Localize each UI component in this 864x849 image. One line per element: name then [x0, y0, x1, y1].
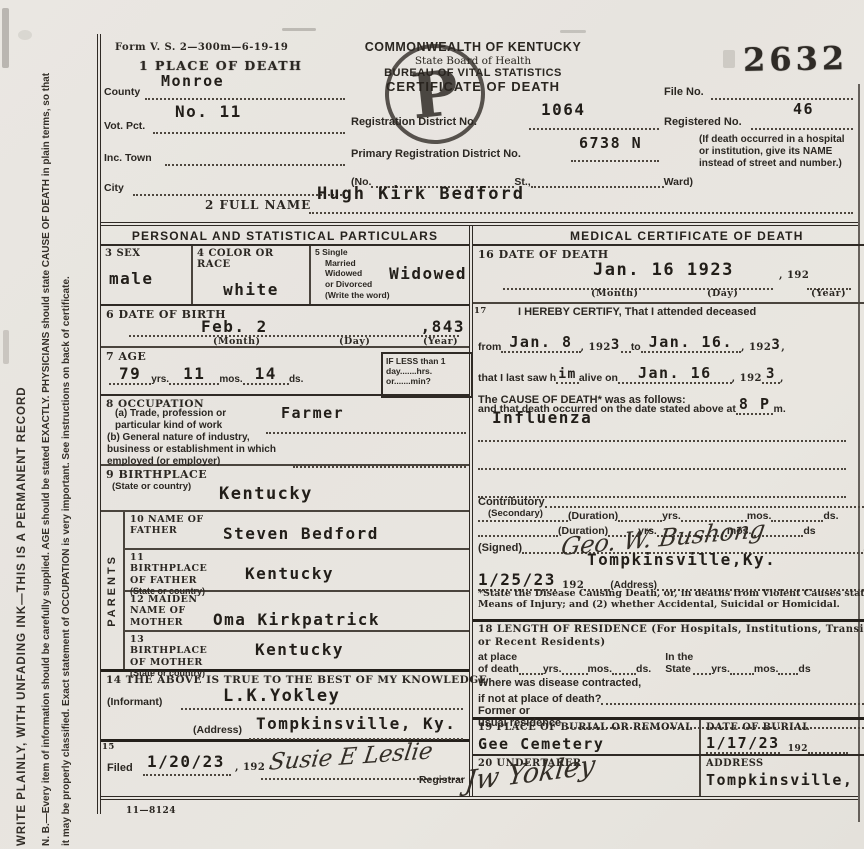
father-name-value: Steven Bedford [223, 524, 379, 543]
father-name-row: 10 NAME OF FATHER Steven Bedford [125, 512, 469, 550]
if-less-than-day-box: IF LESS than 1 day.......hrs. or.......m… [381, 352, 473, 398]
race-cell: 4 COLOR OR RACE white [193, 246, 311, 304]
scan-artifact [18, 30, 32, 40]
informant-heading: 14 THE ABOVE IS TRUE TO THE BEST OF MY K… [106, 674, 464, 686]
leader [612, 663, 636, 675]
age-mos-label: mos. [219, 374, 242, 385]
ds-label-2: ds [803, 525, 815, 537]
registration-district-label: Registration District No. [351, 116, 477, 128]
leader [730, 663, 754, 675]
particulars-columns: PERSONAL AND STATISTICAL PARTICULARS 3 S… [101, 222, 858, 800]
former-label: Former or [478, 705, 864, 717]
birthplace-row: 9 BIRTHPLACE (State or country) Kentucky [101, 466, 469, 512]
father-birthplace-label: 11 BIRTHPLACE OF FATHER [130, 552, 216, 586]
race-label: 4 COLOR OR RACE [197, 248, 305, 270]
race-value: white [197, 280, 305, 299]
mother-birthplace-value: Kentucky [255, 640, 344, 659]
him-value: im [558, 367, 577, 382]
mother-birthplace-row: 13 BIRTHPLACE OF MOTHER (State or countr… [125, 632, 469, 668]
hospital-note: (If death occurred in a hospital or inst… [699, 134, 857, 170]
last-saw-pre: that I last saw h [478, 372, 556, 384]
plate-number: 11—8124 [126, 806, 176, 816]
undertaker-address-cell: ADDRESS Tompkinsville, Ky. [701, 756, 864, 796]
vot-pct-value: No. 11 [175, 102, 242, 121]
state-label: State [665, 664, 693, 676]
saw-year-value: 3 [766, 366, 776, 382]
occupation-a-value: Farmer [281, 404, 344, 422]
contributory-label: Contributory [478, 496, 545, 508]
inc-town-label: Inc. Town [104, 152, 152, 164]
filed-label: Filed [107, 762, 133, 774]
dob-year-label: (Year) [423, 336, 458, 347]
marital-cell: 5 Single Married Widowed or Divorced (Wr… [311, 246, 469, 304]
occupation-a-label: (a) Trade, profession or particular kind… [115, 408, 265, 432]
burial-date-line: 1/17/23 192 [706, 734, 864, 754]
st-line [531, 176, 664, 188]
leader [621, 341, 631, 353]
leader [562, 663, 588, 675]
medical-column: MEDICAL CERTIFICATE OF DEATH 16 DATE OF … [473, 226, 864, 796]
burial-date-cell: DATE OF BURIAL 1/17/23 192 [701, 720, 864, 754]
leader [545, 496, 864, 508]
date-of-death-row: 16 DATE OF DEATH Jan. 16 1923 , 192 (Mon… [473, 246, 864, 304]
res-ds-2: ds [798, 663, 810, 675]
occupation-b-label: (b) General nature of industry, business… [107, 432, 292, 468]
res-mos-2: mos. [754, 663, 779, 675]
from-year-value: 3 [611, 337, 621, 353]
section-place-of-death: 1 PLACE OF DEATH [139, 58, 302, 73]
informant-label: (Informant) [107, 696, 162, 708]
signed-city-value: Tompkinsville,Ky. [587, 550, 776, 569]
county-line [145, 88, 345, 100]
marital-option-single: 5 Single [315, 247, 465, 258]
full-name-value: Hugh Kirk Bedford [317, 184, 525, 204]
alive-on-label: alive on [579, 372, 618, 384]
dod-value: Jan. 16 1923 [593, 260, 734, 280]
res-mos: mos. [588, 663, 613, 675]
secondary-label: (Secondary) [488, 508, 864, 519]
res-ds: ds. [636, 663, 651, 675]
parents-label-cell: PARENTS [101, 512, 125, 669]
form-number: Form V. S. 2—300m—6-19-19 [115, 42, 288, 53]
age-ds-label: ds. [289, 374, 303, 385]
registrar-label: Registrar [419, 774, 465, 786]
cause-line-1 [478, 430, 846, 442]
mother-name-row: 12 MAIDEN NAME OF MOTHER Oma Kirkpatrick [125, 592, 469, 632]
cause-footnote: *State the Disease Causing Death, or, in… [478, 588, 864, 611]
occupation-a-line [266, 422, 466, 434]
personal-title-row: PERSONAL AND STATISTICAL PARTICULARS [101, 226, 469, 246]
sex-cell: 3 SEX male [101, 246, 193, 304]
death-certificate-scan: WRITE PLAINLY, WITH UNFADING INK—THIS IS… [0, 0, 864, 849]
full-name-line [309, 202, 853, 214]
dod-day-label: (Day) [707, 288, 738, 299]
to-date-value: Jan. 16. [649, 333, 733, 351]
if-not-label: if not at place of death? [478, 693, 601, 705]
cause-label: The CAUSE OF DEATH* was as follows: [478, 394, 864, 406]
cause-line-2 [478, 458, 846, 470]
disease-contracted-label: Where was disease contracted, [478, 677, 864, 689]
in-the-state-stack: In the State [665, 652, 693, 675]
leader [693, 663, 711, 675]
scan-artifact [282, 28, 316, 31]
commonwealth-title: COMMONWEALTH OF KENTUCKY [353, 40, 593, 54]
vot-pct-label: Vot. Pct. [104, 120, 145, 132]
medical-title-row: MEDICAL CERTIFICATE OF DEATH [473, 226, 864, 246]
filed-date-line [143, 764, 231, 776]
father-birthplace-row: 11 BIRTHPLACE OF FATHER (State or countr… [125, 550, 469, 592]
certificate-form: Form V. S. 2—300m—6-19-19 1 PLACE OF DEA… [97, 34, 861, 814]
scan-artifact [723, 50, 735, 68]
dob-month-label: (Month) [213, 336, 261, 347]
age-years-value: 79 [109, 364, 151, 385]
file-no-line [711, 88, 853, 100]
certify-number: 17 [474, 306, 487, 316]
residence-block: 18 LENGTH OF RESIDENCE (For Hospitals, I… [473, 622, 864, 720]
sex-value: male [109, 269, 187, 288]
age-days-value: 14 [243, 364, 289, 385]
certificate-number: 2632 [743, 39, 849, 79]
primary-district-label: Primary Registration District No. [351, 148, 521, 160]
comma: , [780, 373, 784, 384]
margin-note-permanent-record: WRITE PLAINLY, WITH UNFADING INK—THIS IS… [16, 66, 28, 846]
age-values-line: 79 yrs. 11 mos. 14 ds. [109, 364, 371, 385]
cause-block: The CAUSE OF DEATH* was as follows: Infl… [473, 392, 864, 494]
personal-title: PERSONAL AND STATISTICAL PARTICULARS [106, 229, 464, 243]
primary-district-line [571, 150, 659, 162]
leader [808, 742, 848, 754]
burial-date-value: 1/17/23 [706, 734, 780, 754]
certify-from-to-line: from Jan. 8 , 192 3 to Jan. 16. , 192 3 … [478, 332, 864, 353]
last-saw-date-value: Jan. 16 [638, 364, 712, 382]
contributory-line: Contributory [478, 496, 864, 508]
comma: , [781, 342, 785, 353]
informant-line [181, 698, 463, 710]
dod-192-label: , 192 [779, 270, 809, 281]
from-date-value: Jan. 8 [509, 333, 572, 351]
marital-write-word-hint: (Write the word) [325, 290, 465, 301]
filed-row: 15 Filed 1/20/23 , 192 Susie E Leslie Re… [101, 742, 469, 796]
father-birthplace-value: Kentucky [245, 564, 334, 583]
registered-no-value: 46 [793, 100, 814, 118]
registered-no-line [751, 118, 853, 130]
to-192-label: , 192 [741, 342, 771, 353]
undertaker-signature: Jw Yokley [464, 750, 597, 798]
burial-row: 19 PLACE OF BURIAL OR REMOVAL Gee Cemete… [473, 720, 864, 756]
dob-day-label: (Day) [339, 336, 370, 347]
footnote-block: *State the Disease Causing Death, or, in… [473, 586, 864, 622]
certify-block: 17 I HEREBY CERTIFY, That I attended dec… [473, 304, 864, 392]
burial-place-label: 19 PLACE OF BURIAL OR REMOVAL [478, 722, 694, 733]
signed-label: (Signed) [478, 542, 522, 554]
age-row: 7 AGE 79 yrs. 11 mos. 14 ds. IF LESS tha… [101, 348, 469, 396]
burial-place-cell: 19 PLACE OF BURIAL OR REMOVAL Gee Cemete… [473, 720, 701, 754]
informant-section: 14 THE ABOVE IS TRUE TO THE BEST OF MY K… [101, 672, 469, 742]
registration-district-line [529, 118, 659, 130]
signed-block: Geo. W. Bushong (Signed) , M. D. Tompkin… [473, 540, 864, 586]
dob-line [129, 325, 459, 337]
parents-label: PARENTS [106, 554, 118, 627]
if-not-line: if not at place of death? [478, 693, 864, 705]
occupation-row: 8 OCCUPATION (a) Trade, profession or pa… [101, 396, 469, 466]
birthplace-value: Kentucky [219, 484, 313, 504]
medical-title: MEDICAL CERTIFICATE OF DEATH [478, 229, 864, 243]
birthplace-label: 9 BIRTHPLACE [106, 468, 464, 481]
mother-birthplace-label: 13 BIRTHPLACE OF MOTHER [130, 634, 216, 668]
undertaker-address-label: ADDRESS [706, 758, 864, 769]
to-year-value: 3 [771, 337, 781, 353]
dod-year-label: (Year) [811, 288, 846, 299]
leader [778, 663, 798, 675]
sex-race-marital-row: 3 SEX male 4 COLOR OR RACE white 5 Singl… [101, 246, 469, 306]
vot-pct-line [153, 122, 345, 134]
burial-192-label: 192 [788, 744, 808, 754]
city-line [133, 184, 345, 196]
scan-artifact [560, 30, 586, 33]
at-place-stack: at place of death [478, 652, 519, 675]
of-death-label: of death [478, 664, 519, 676]
certify-statement: I HEREBY CERTIFY, That I attended deceas… [518, 306, 864, 318]
res-yrs: yrs. [543, 663, 562, 675]
leader [519, 663, 543, 675]
dob-label: 6 DATE OF BIRTH [106, 308, 464, 321]
inc-town-line [165, 154, 345, 166]
res-yrs-2: yrs. [711, 663, 730, 675]
filed-number: 15 [102, 742, 115, 752]
from-192-label: , 192 [581, 342, 611, 353]
county-label: County [104, 86, 140, 98]
to-label: to [631, 341, 641, 353]
undertaker-cell: 20 UNDERTAKER Jw Yokley [473, 756, 701, 796]
burial-date-label: DATE OF BURIAL [706, 722, 864, 733]
file-no-label: File No. [664, 86, 704, 98]
city-label: City [104, 182, 124, 194]
leader [601, 693, 864, 705]
full-name-label: 2 FULL NAME [205, 198, 311, 212]
cause-value: Influenza [492, 408, 864, 427]
date-of-birth-row: 6 DATE OF BIRTH Feb. 2 ,843 (Month) (Day… [101, 306, 469, 348]
parents-section: PARENTS 10 NAME OF FATHER Steven Bedford… [101, 512, 469, 672]
margin-note-instructions: N. B.—Every item of information should b… [37, 66, 76, 846]
mother-name-value: Oma Kirkpatrick [213, 610, 380, 629]
parents-fields: 10 NAME OF FATHER Steven Bedford 11 BIRT… [125, 512, 469, 669]
in-the-label: In the [665, 652, 693, 664]
sex-label: 3 SEX [105, 248, 187, 259]
dod-month-label: (Month) [591, 288, 639, 299]
from-label: from [478, 341, 501, 353]
marital-value: Widowed [389, 264, 467, 283]
ward-label: Ward) [664, 176, 693, 188]
residence-duration-line: at place of death yrs. mos. ds. In the S… [478, 652, 864, 675]
last-saw-line: that I last saw h im alive on Jan. 16 , … [478, 363, 864, 384]
father-name-label: 10 NAME OF FATHER [130, 514, 212, 537]
margin-instructions: WRITE PLAINLY, WITH UNFADING INK—THIS IS… [16, 66, 76, 846]
undertaker-address-value: Tompkinsville, Ky. [706, 771, 864, 789]
registered-no-label: Registered No. [664, 116, 742, 128]
age-months-value: 11 [169, 364, 219, 385]
personal-column: PERSONAL AND STATISTICAL PARTICULARS 3 S… [101, 226, 473, 796]
scan-artifact [3, 330, 9, 364]
leader [478, 525, 558, 537]
age-yrs-label: yrs. [151, 374, 169, 385]
residence-label: 18 LENGTH OF RESIDENCE (For Hospitals, I… [478, 624, 864, 649]
at-place-label: at place [478, 652, 519, 664]
informant-address-label: (Address) [193, 724, 242, 736]
registration-district-value: 1064 [541, 100, 586, 119]
saw-192-label: , 192 [732, 373, 762, 384]
undertaker-row: 20 UNDERTAKER Jw Yokley ADDRESS Tompkins… [473, 756, 864, 796]
scan-artifact [2, 8, 9, 68]
